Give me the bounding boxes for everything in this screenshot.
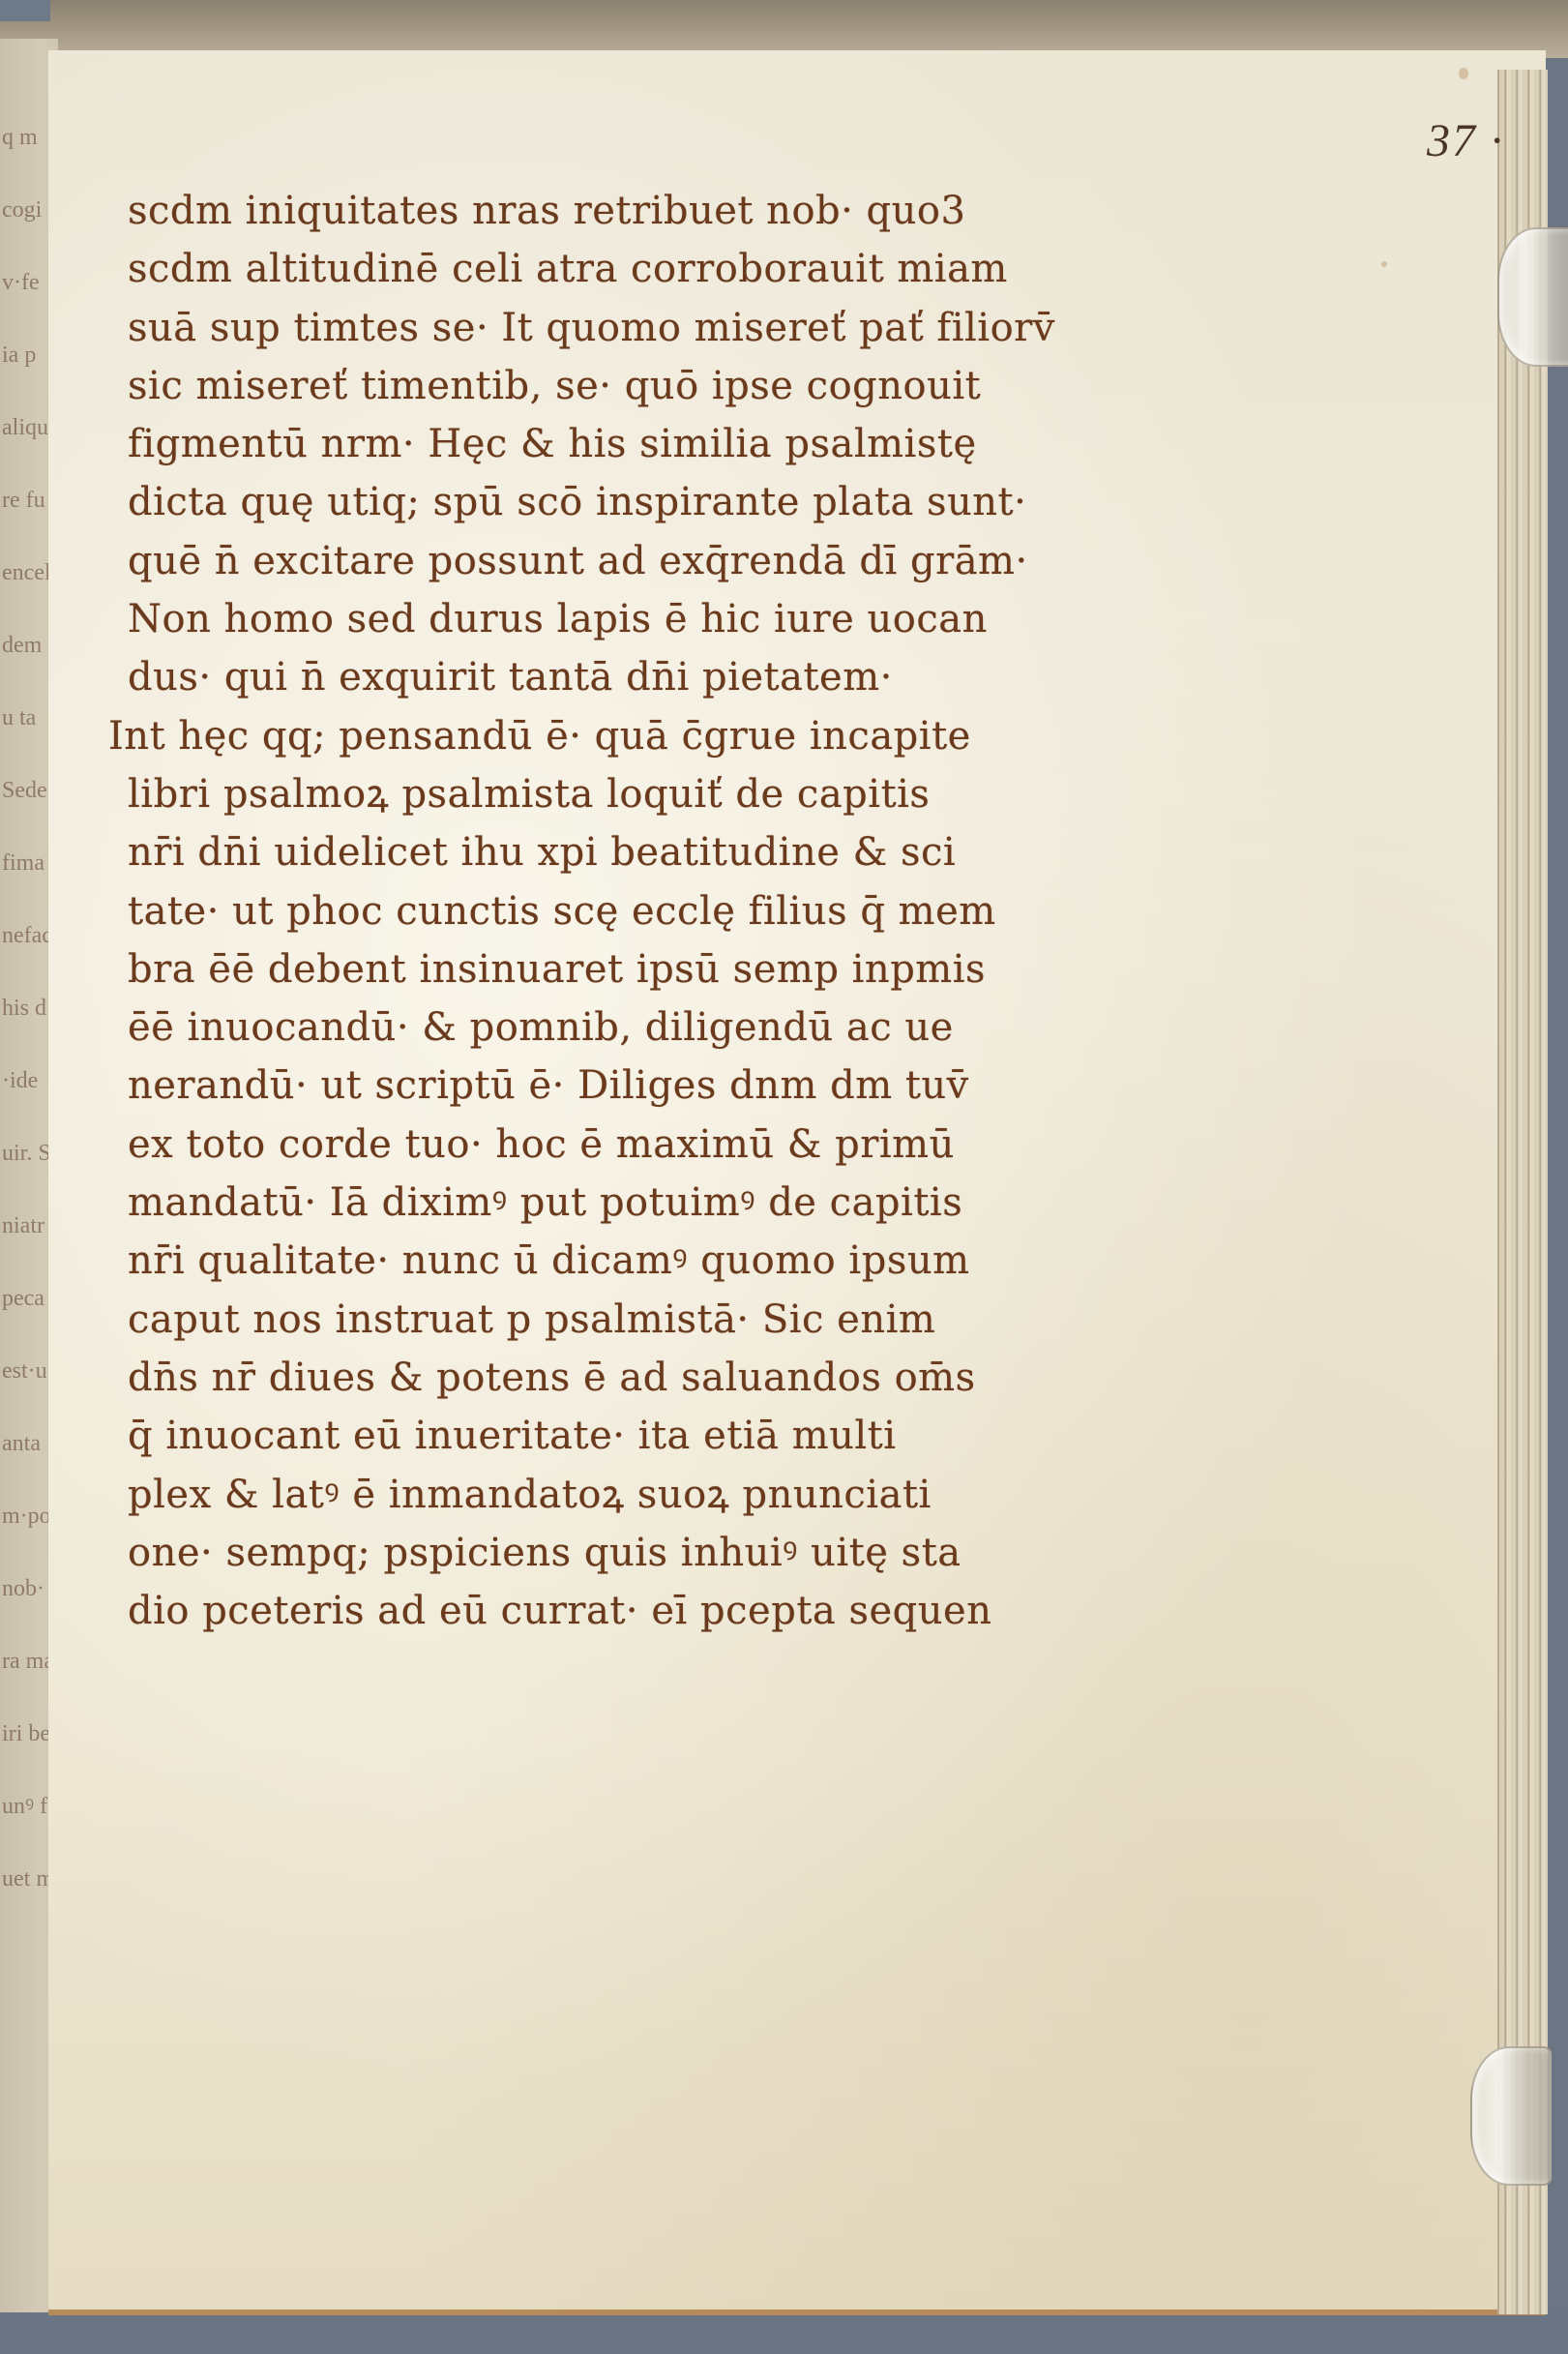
manuscript-line: one· sempq; pspiciens quis inhuiꝰ uitę s… [128,1524,1221,1582]
folio-number: 37 · [1427,114,1504,167]
ink-spot [1459,68,1468,79]
book-top-edge [0,0,1568,58]
manuscript-line: dus· qui n̄ exquirit tantā dn̄i pietatem… [128,648,1221,706]
manuscript-line: ēē inuocandū· & pomnib, diligendū ac ue [128,998,1221,1057]
manuscript-line: scdm altitudinē celi atra corroborauit m… [128,240,1221,298]
manuscript-line: q̄ inuocant eū inueritate· ita etiā mult… [128,1407,1221,1465]
manuscript-line: dio pceteris ad eū currat· eī pcepta seq… [128,1582,1221,1640]
page-fore-edge [1497,70,1548,2314]
ink-spot [1381,261,1387,267]
manuscript-line: Int hęc qq; pensandū ē· quā c̄grue incap… [108,707,1221,765]
manuscript-line: dicta quę utiq; spū scō inspirante plata… [128,473,1221,531]
manuscript-line: ex toto corde tuo· hoc ē maximū & primū [128,1116,1221,1174]
manuscript-line: nerandū· ut scriptū ē· Diliges dnm dm tu… [128,1057,1221,1115]
manuscript-line: figmentū nrm· Hęc & his similia psalmist… [128,415,1221,473]
manuscript-line: bra ēē debent insinuaret ipsū semp inpmi… [128,940,1221,998]
manuscript-line: tate· ut phoc cunctis scę ecclę filius q… [128,882,1221,940]
manuscript-line: quē n̄ excitare possunt ad exq̄rendā dī … [128,532,1221,590]
manuscript-line: Non homo sed durus lapis ē hic iure uoca… [128,590,1221,648]
manuscript-line: libri psalmoꝝ psalmista loquiť de capiti… [128,765,1221,823]
manuscript-line: suā sup timtes se· It quomo misereť pať … [128,299,1221,357]
manuscript-text-block: scdm iniquitates nras retribuet nob· quo… [128,182,1221,1640]
manuscript-line: nr̄i dn̄i uidelicet ihu xpi beatitudine … [128,823,1221,881]
manuscript-line: mandatū· Iā diximꝰ put potuimꝰ de capiti… [128,1174,1221,1232]
background-corner [0,0,50,21]
clasp-top-icon [1497,227,1568,367]
manuscript-line: scdm iniquitates nras retribuet nob· quo… [128,182,1221,240]
manuscript-line: nr̄i qualitate· nunc ū dicamꝰ quomo ipsu… [128,1232,1221,1290]
manuscript-line: caput nos instruat p psalmistā· Sic enim [128,1291,1221,1349]
clasp-bottom-icon [1470,2046,1552,2186]
manuscript-line: sic misereť timentib, se· quō ipse cogno… [128,357,1221,415]
manuscript-line: dn̄s nr̄ diues & potens ē ad saluandos o… [128,1349,1221,1407]
manuscript-line: plex & latꝰ ē inmandatoꝝ suoꝝ pnunciati [128,1466,1221,1524]
